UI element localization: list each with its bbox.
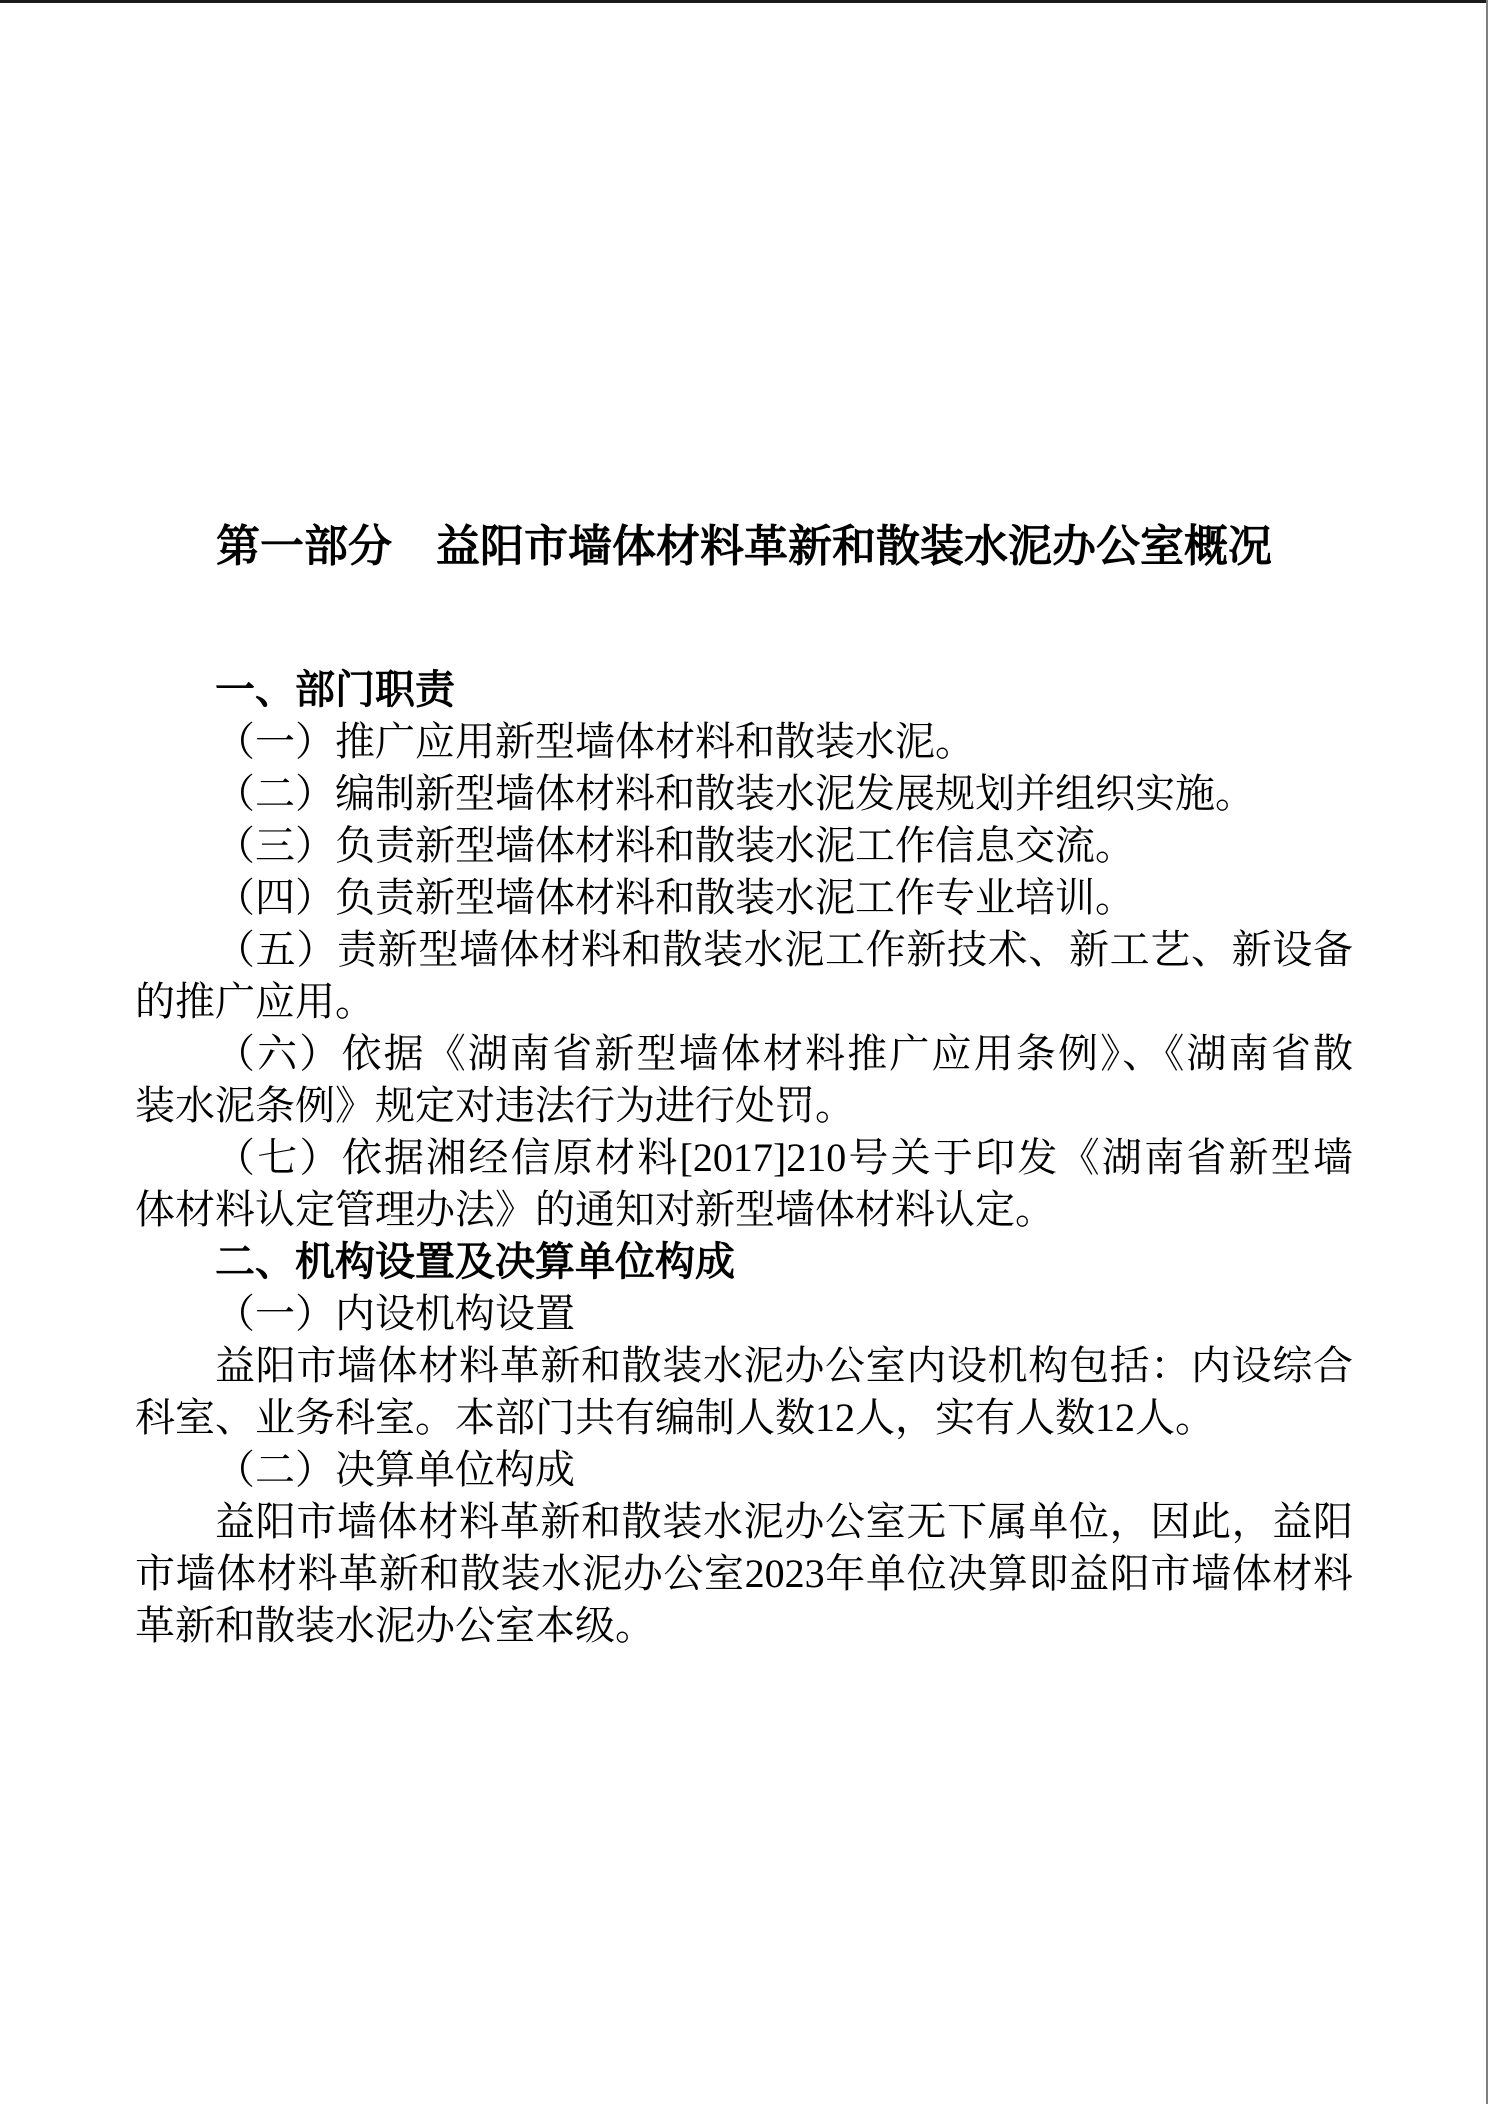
text-line: 益阳市墙体材料革新和散装水泥办公室无下属单位，因此，益阳 [135, 1496, 1353, 1548]
text-line: 装水泥条例》规定对违法行为进行处罚。 [135, 1080, 1353, 1132]
text-line: （五）责新型墙体材料和散装水泥工作新技术、新工艺、新设备 [135, 924, 1353, 976]
text-line: 二、机构设置及决算单位构成 [135, 1236, 1353, 1288]
text-line: （七）依据湘经信原材料[2017]210号关于印发《湖南省新型墙 [135, 1132, 1353, 1184]
text-line: 一、部门职责 [135, 664, 1353, 716]
text-line: （四）负责新型墙体材料和散装水泥工作专业培训。 [135, 872, 1353, 924]
part-title: 第一部分 益阳市墙体材料革新和散装水泥办公室概况 [138, 517, 1350, 577]
text-line: 益阳市墙体材料革新和散装水泥办公室内设机构包括：内设综合 [135, 1340, 1353, 1392]
document-body: 一、部门职责（一）推广应用新型墙体材料和散装水泥。（二）编制新型墙体材料和散装水… [135, 664, 1353, 1652]
text-line: （二）决算单位构成 [135, 1444, 1353, 1496]
text-line: 科室、业务科室。本部门共有编制人数12人，实有人数12人。 [135, 1392, 1353, 1444]
page-top-border [0, 0, 1488, 3]
text-line: （一）推广应用新型墙体材料和散装水泥。 [135, 716, 1353, 768]
text-line: 市墙体材料革新和散装水泥办公室2023年单位决算即益阳市墙体材料 [135, 1548, 1353, 1600]
text-line: （三）负责新型墙体材料和散装水泥工作信息交流。 [135, 820, 1353, 872]
text-line: （二）编制新型墙体材料和散装水泥发展规划并组织实施。 [135, 768, 1353, 820]
document-page: 第一部分 益阳市墙体材料革新和散装水泥办公室概况 一、部门职责（一）推广应用新型… [0, 0, 1488, 2104]
text-line: （六）依据《湖南省新型墙体材料推广应用条例》、《湖南省散 [135, 1028, 1353, 1080]
text-line: 体材料认定管理办法》的通知对新型墙体材料认定。 [135, 1184, 1353, 1236]
text-line: 革新和散装水泥办公室本级。 [135, 1600, 1353, 1652]
text-line: （一）内设机构设置 [135, 1288, 1353, 1340]
text-line: 的推广应用。 [135, 976, 1353, 1028]
